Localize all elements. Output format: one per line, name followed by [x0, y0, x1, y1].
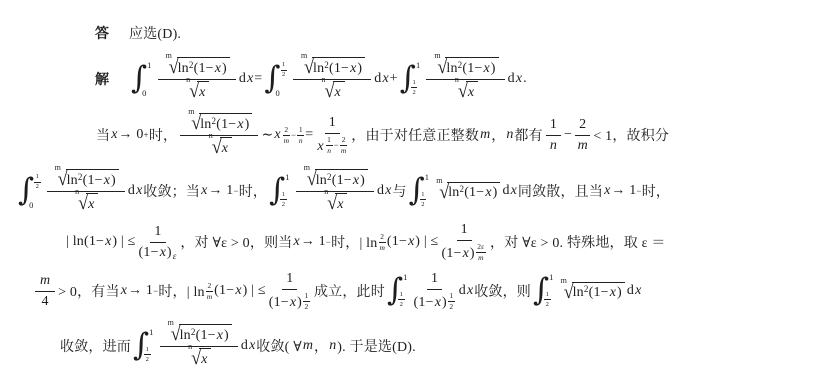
text-run: d [241, 338, 248, 354]
superscript: 2m [377, 232, 386, 253]
text-run: ) [224, 328, 229, 343]
math-variable: m [283, 136, 290, 145]
fraction-denominator: 2 [282, 200, 285, 209]
radical: m√ln2(1−x) [434, 182, 500, 201]
text-run: ， [491, 125, 505, 145]
math-variable: x [352, 173, 360, 188]
math-variable: x [609, 285, 617, 300]
text-run: 当 [96, 125, 110, 145]
superscript: 2εm [475, 242, 487, 263]
text-run: 1 [546, 291, 549, 299]
text-run: ，由于对任意正整数 [351, 125, 479, 145]
fraction: m√ln2(1−x)n√x [160, 324, 238, 368]
fraction-numerator: 2 [340, 135, 347, 146]
fraction-denominator: n√x [451, 80, 480, 102]
math-variable: x [273, 127, 281, 143]
radical-index: n [322, 76, 327, 84]
math-variable: x [467, 85, 475, 100]
math-variable: x [234, 283, 242, 299]
text-run: 与 [392, 181, 406, 201]
math-variable: x [289, 294, 297, 312]
text-run: 2 [282, 71, 285, 79]
radical: n√x [322, 193, 347, 214]
fraction-numerator: 1 [398, 291, 404, 301]
fraction: 2m [575, 116, 590, 154]
text-run: (1− [216, 117, 236, 132]
text-run: ，对 ∀ε > 0. 特殊地，取 ε ＝ [490, 232, 666, 252]
solution-line-asymptotic: 当 x → 0+ 时，m√ln2(1−x)n√x ∼ x2m−1n = 1x1n… [0, 108, 828, 162]
solution-line-conclusion: 收敛，进而∫112m√ln2(1−x)n√xdx 收敛( ∀m，n). 于是选(… [0, 318, 828, 374]
lower-limit: 12 [544, 291, 553, 309]
fraction-numerator: 2 [206, 281, 213, 292]
fraction: 1(1−x)12 [414, 270, 456, 311]
text-run: < 1，故积分 [593, 125, 669, 145]
fraction: 2εm [476, 242, 486, 263]
text-run: ). 于是选(D). [337, 336, 416, 356]
text-run: ，对 ∀ε > 0，则当 [180, 232, 292, 252]
fraction: m√ln2(1−x)n√x [158, 57, 236, 101]
math-variable: x [484, 185, 492, 200]
text-run: d [374, 71, 381, 87]
text-run: 1 [416, 61, 420, 70]
fraction-denominator: 2 [400, 300, 403, 309]
text-run: 时， [642, 181, 670, 201]
radicand: x [335, 193, 347, 214]
fraction-denominator: 2 [421, 200, 424, 209]
text-run: 2 [579, 116, 586, 134]
fraction-numerator: m√ln2(1−x) [160, 324, 238, 347]
radical-index: m [55, 164, 60, 172]
text-run: 2 [36, 183, 39, 191]
superscript: 1n−2m [325, 135, 349, 156]
math-variable: x [292, 234, 300, 250]
fraction-denominator: 2 [304, 302, 308, 312]
text-run: 1 [400, 291, 403, 299]
radical-index: m [304, 164, 309, 172]
fraction: 12 [303, 291, 310, 312]
fraction: 1(1−x)12 [269, 270, 311, 311]
radical: n√x [73, 193, 98, 214]
fraction-numerator: 1 [457, 221, 472, 241]
text-run: (1− [462, 61, 482, 76]
solution-line-logbound: | ln(1−x) | ≤1(1−x)ε，对 ∀ε > 0，则当 x → 1− … [0, 220, 828, 264]
text-run: → 0 [118, 127, 143, 143]
fraction: 12 [420, 191, 426, 209]
integral-limits: 112 [285, 172, 289, 210]
text-run: 都有 [514, 125, 542, 145]
text-run: 2 [207, 281, 211, 290]
lower-limit: 0 [29, 201, 40, 210]
fraction: m√ln2(1−x)n√x [47, 169, 125, 213]
upper-limit: 1 [147, 61, 151, 70]
text-run: 1 [149, 328, 153, 337]
text-run: 1 [421, 191, 424, 199]
text-run: (1− [269, 294, 289, 312]
math-variable: x [384, 183, 392, 199]
text-run: 1 [412, 79, 415, 87]
integral: ∫10 [131, 60, 152, 98]
math-variable: x [634, 283, 642, 299]
math-variable: n [328, 338, 337, 354]
text-run: (1− [329, 61, 349, 76]
math-variable: m [302, 338, 314, 354]
fraction-denominator: n [326, 146, 332, 156]
math-variable: n [298, 136, 304, 145]
text-run: (1− [196, 328, 216, 343]
radical: m√ln2(1−x) [299, 57, 365, 78]
text-run: 1 [36, 173, 39, 181]
radical: n√x [207, 137, 232, 158]
solution-line-epsilon: m4> 0，有当 x → 1− 时，| ln2m(1−x) | ≤1(1−x)1… [0, 264, 828, 318]
radical: m√ln2(1−x) [559, 282, 625, 301]
text-run: ) [491, 61, 496, 76]
text-run: ) | ≤ [415, 234, 438, 250]
text-run: (1− [214, 283, 234, 299]
radical: m√ln2(1−x) [166, 324, 232, 345]
radicand: ln2(1−x) [179, 324, 232, 345]
radicand: ln2(1−x) [445, 57, 498, 78]
text-run: → 1 [208, 183, 233, 199]
radical-index: m [168, 319, 173, 327]
fraction-denominator: n [298, 136, 304, 146]
radicand: ln2(1−x) [312, 57, 365, 78]
math-variable: m [206, 292, 213, 301]
radical-index: m [561, 277, 566, 285]
radicand: ln2(1−x) [572, 282, 625, 301]
radical: n√x [320, 81, 345, 102]
radicand: ln2(1−x) [66, 169, 119, 190]
text-run: (1− [83, 173, 103, 188]
math-variable: x [248, 338, 256, 354]
radical: m√ln2(1−x) [302, 169, 368, 190]
fraction: m4 [35, 272, 55, 310]
fraction-denominator: (1−x)2εm [441, 241, 487, 263]
text-run: ln [573, 285, 584, 300]
text-run: 2 [304, 302, 308, 311]
text-run: 1 [431, 270, 438, 288]
integral: ∫120 [264, 60, 287, 98]
integral: ∫120 [18, 172, 41, 210]
integral-limits: 112 [149, 327, 153, 365]
text-run: ln [448, 185, 459, 200]
text-run: d [627, 283, 634, 299]
fraction-denominator: 4 [41, 292, 48, 311]
math-variable: x [87, 197, 95, 212]
upper-limit: 1 [425, 173, 429, 182]
fraction-numerator: m√ln2(1−x) [158, 57, 236, 80]
fraction-denominator: 2 [36, 183, 39, 192]
fraction-numerator: 1 [281, 61, 287, 71]
fraction: 12 [281, 61, 287, 79]
math-variable: x [603, 183, 611, 199]
radical-index: n [209, 132, 214, 140]
text-run: 4 [41, 293, 48, 311]
fraction-numerator: m [35, 272, 55, 292]
math-variable: m [378, 243, 385, 252]
text-run: 2 [400, 301, 403, 309]
radical: m√ln2(1−x) [186, 113, 252, 134]
text-run: 解 [95, 69, 111, 89]
fraction: 12 [280, 191, 286, 209]
text-run: 1 [299, 125, 303, 134]
radical-index: n [186, 76, 191, 84]
text-run: ) [111, 173, 116, 188]
fraction: m√ln2(1−x)n√x [426, 57, 504, 101]
math-variable: m [479, 127, 491, 143]
text-run: 答 [95, 23, 111, 43]
fraction: 12 [411, 79, 417, 97]
radicand: x [86, 193, 98, 214]
radical: n√x [453, 81, 478, 102]
radical: n√x [184, 81, 209, 102]
text-run: 1 [282, 61, 285, 69]
fraction: 1(1−x)2εm [441, 221, 487, 262]
fraction-numerator: 1 [297, 125, 304, 136]
fraction-denominator: m [283, 136, 290, 146]
fraction: 2m [206, 281, 213, 302]
math-variable: n [549, 137, 558, 155]
upper-limit: 1 [549, 273, 553, 282]
fraction-denominator: (1−x)12 [269, 290, 311, 312]
upper-limit: 1 [149, 328, 153, 337]
text-run: ) [357, 61, 362, 76]
integral: ∫112 [533, 272, 554, 310]
text-run: − [291, 131, 296, 140]
text-run: d [502, 183, 509, 199]
fraction: 12 [144, 346, 150, 364]
text-run: + [390, 71, 398, 87]
math-variable: m [39, 272, 51, 290]
fraction-denominator: m [577, 136, 589, 155]
text-run: 1 [549, 273, 553, 282]
math-variable: x [246, 71, 254, 87]
radicand: x [220, 137, 232, 158]
radical-index: m [436, 177, 441, 185]
text-run: ) [222, 61, 227, 76]
text-run: ) [493, 185, 498, 200]
math-variable: x [200, 183, 208, 199]
math-variable: x [483, 61, 491, 76]
fraction-numerator: 1 [280, 191, 286, 201]
text-run: − [334, 141, 339, 150]
fraction-denominator: n√x [184, 347, 213, 369]
solution-line-split: 解∫10m√ln2(1−x)n√xdx = ∫120m√ln2(1−x)n√xd… [0, 50, 828, 108]
text-run: → 1 [128, 283, 153, 299]
text-run: 2 [380, 232, 384, 241]
text-run: 0 [29, 201, 33, 210]
text-run: 时，| ln [158, 281, 204, 301]
superscript: 12 [447, 291, 456, 312]
text-run: → 1 [611, 183, 636, 199]
fraction: 1n [326, 135, 333, 156]
text-run: | ln(1− [66, 234, 104, 250]
text-run: 1 [550, 116, 557, 134]
upper-limit: 1 [403, 273, 407, 282]
text-run: ) [617, 285, 622, 300]
fraction: 2m [340, 135, 347, 156]
fraction-denominator: n√x [182, 80, 211, 102]
fraction-denominator: 2 [412, 88, 415, 97]
integral-limits: 112 [416, 60, 420, 98]
radical-index: m [301, 52, 306, 60]
integral-limits: 120 [34, 172, 40, 210]
text-run: (1− [387, 234, 407, 250]
math-variable: x [135, 183, 143, 199]
fraction-numerator: m√ln2(1−x) [296, 169, 374, 192]
math-variable: x [334, 85, 342, 100]
superscript: 12 [302, 291, 311, 312]
text-run: 1 [282, 191, 285, 199]
fraction: 2m [283, 125, 290, 146]
fraction: 12 [448, 291, 455, 312]
math-variable: x [510, 183, 518, 199]
fraction: 1n [297, 125, 304, 146]
math-variable: m [340, 146, 347, 155]
math-variable: n [505, 127, 514, 143]
text-run: 0 [142, 89, 146, 98]
radical-index: n [75, 188, 80, 196]
text-run: 1 [154, 223, 161, 241]
text-run: 2ε [477, 242, 484, 251]
radicand: x [197, 81, 209, 102]
math-variable: x [159, 244, 167, 262]
fraction-numerator: m√ln2(1−x) [180, 113, 258, 136]
math-variable: x [221, 141, 229, 156]
lower-limit: 12 [411, 79, 420, 97]
math-variable: x [103, 173, 111, 188]
radicand: x [199, 348, 211, 369]
fraction-numerator: m√ln2(1−x) [293, 57, 371, 80]
radical-index: n [455, 76, 460, 84]
fraction: 1n [546, 116, 561, 154]
text-run: 1 [403, 273, 407, 282]
math-variable: x [110, 127, 118, 143]
text-run: 0 [276, 89, 280, 98]
upper-limit: 12 [281, 61, 287, 79]
math-variable: x [200, 352, 208, 367]
fraction-denominator: n√x [71, 192, 100, 214]
text-run: 收敛( ∀ [256, 336, 302, 356]
radical: m√ln2(1−x) [53, 169, 119, 190]
fraction-numerator: 1 [144, 346, 150, 356]
fraction: m√ln2(1−x)n√x [180, 113, 258, 157]
radical-index: m [434, 52, 439, 60]
solution-document: 答应选(D). 解∫10m√ln2(1−x)n√xdx = ∫120m√ln2(… [0, 0, 828, 374]
integral: ∫112 [387, 272, 408, 310]
fraction: 1x1n−2m [316, 114, 348, 155]
text-run: ) [245, 117, 250, 132]
text-run: 2 [284, 125, 288, 134]
fraction-denominator: (1−x)ε [139, 243, 178, 262]
text-run: (1− [194, 61, 214, 76]
fraction-denominator: (1−x)12 [414, 290, 456, 312]
text-run: 1 [146, 346, 149, 354]
text-run: ， [314, 336, 328, 356]
fraction: 12 [34, 173, 40, 191]
text-run: 同敛散，且当 [518, 181, 603, 201]
fraction-numerator: 1 [448, 291, 455, 302]
text-run: . [523, 71, 527, 87]
text-run: 1 [285, 173, 289, 182]
radical-index: n [188, 343, 193, 351]
fraction-numerator: 2ε [476, 242, 486, 253]
math-variable: x [466, 283, 474, 299]
text-run: 1 [461, 221, 468, 239]
text-run: 2 [282, 201, 285, 209]
solution-line-answer: 答应选(D). [0, 16, 828, 50]
fraction: 12 [544, 291, 550, 309]
integral-limits: 112 [425, 172, 429, 210]
fraction: 12 [398, 291, 404, 309]
math-variable: n [326, 146, 332, 155]
fraction-numerator: 1 [544, 291, 550, 301]
text-run: 时， [239, 181, 267, 201]
integral-limits: 112 [549, 272, 553, 310]
text-run: (1− [332, 173, 352, 188]
fraction-numerator: 2 [379, 232, 386, 243]
radical: m√ln2(1−x) [164, 57, 230, 78]
text-run: 收敛，则 [474, 281, 531, 301]
text-run: (1− [589, 285, 609, 300]
text-run: = [305, 127, 313, 143]
fraction-denominator: m [477, 253, 484, 263]
fraction-numerator: 1 [546, 116, 561, 136]
integral-limits: 112 [403, 272, 407, 310]
integral: ∫112 [409, 172, 430, 210]
fraction-denominator: 2 [546, 300, 549, 309]
fraction-denominator: m [340, 146, 347, 156]
text-run: 1 [425, 173, 429, 182]
text-run: 1 [304, 291, 308, 300]
radical: m√ln2(1−x) [432, 57, 498, 78]
upper-limit: 1 [285, 173, 289, 182]
text-run: (1− [464, 185, 484, 200]
fraction-numerator: 1 [427, 270, 442, 290]
superscript: 2m−1n [282, 125, 306, 146]
fraction: 1(1−x)ε [139, 223, 178, 261]
radicand: x [466, 81, 478, 102]
superscript: 2m [205, 281, 214, 302]
text-run: ) | ≤ [112, 234, 135, 250]
text-run: 2 [421, 201, 424, 209]
fraction-numerator: 1 [282, 270, 297, 290]
math-variable: x [198, 85, 206, 100]
fraction-denominator: m [378, 243, 385, 253]
radicand: x [333, 81, 345, 102]
fraction-numerator: m√ln2(1−x) [426, 57, 504, 80]
fraction: m√ln2(1−x)n√x [296, 169, 374, 213]
math-variable: x [316, 138, 324, 156]
solution-line-converge: ∫120m√ln2(1−x)n√xdx 收敛；当 x → 1− 时，∫112m√… [0, 162, 828, 220]
radicand: ln2(1−x) [447, 182, 500, 201]
fraction: m√ln2(1−x)n√x [293, 57, 371, 101]
text-run: (1− [441, 245, 461, 263]
text-run: = [254, 71, 262, 87]
radicand: ln2(1−x) [177, 57, 230, 78]
text-run: (1− [139, 244, 159, 262]
math-variable: x [214, 61, 222, 76]
integral-limits: 120 [281, 60, 287, 98]
fraction-denominator: m [206, 292, 213, 302]
math-variable: x [462, 245, 470, 263]
radical-index: m [188, 108, 193, 116]
text-run: d [377, 183, 384, 199]
radical-index: n [324, 188, 329, 196]
text-run: 收敛；当 [143, 181, 200, 201]
text-run: 1 [329, 114, 336, 132]
fraction-numerator: 1 [34, 173, 40, 183]
math-variable: x [236, 117, 244, 132]
